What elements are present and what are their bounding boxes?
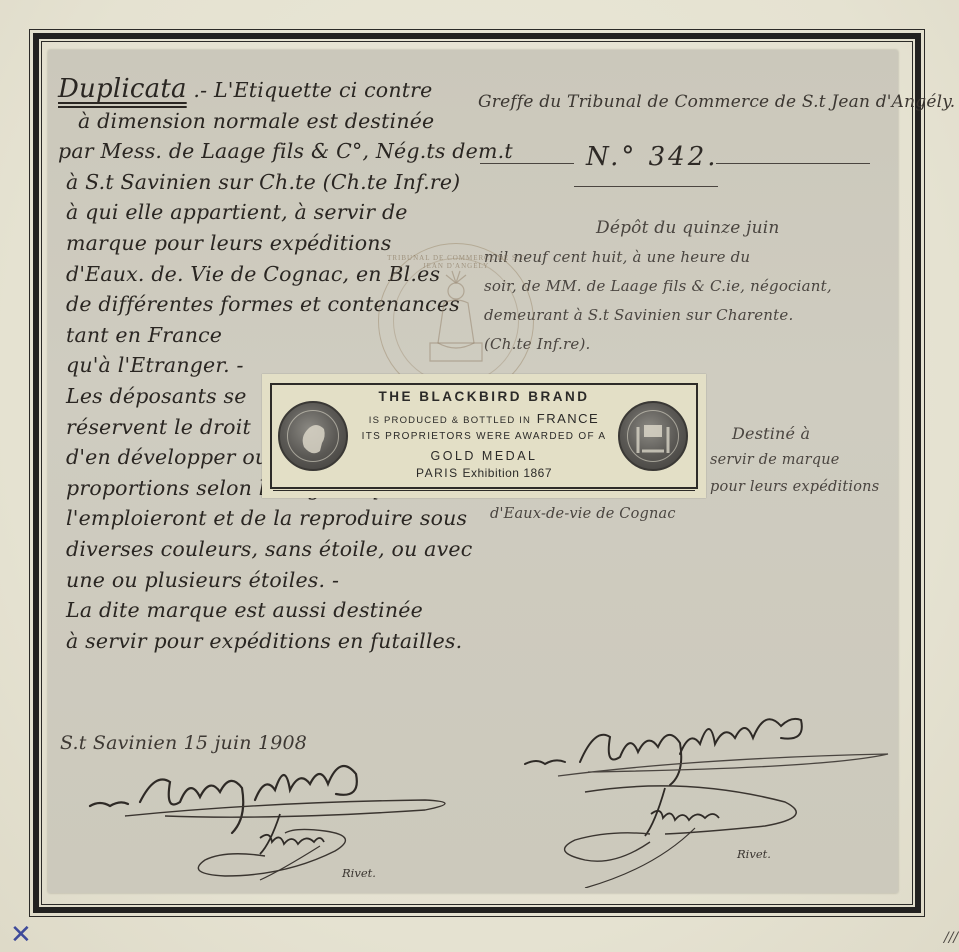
left-line-2: par Mess. de Laage fils & C°, Nég.ts dem… bbox=[58, 136, 513, 167]
left-rivet-caption: Rivet. bbox=[342, 866, 376, 880]
left-line-18: à servir pour expéditions en futailles. bbox=[58, 626, 513, 657]
label-exhibition-line: PARIS Exhibition 1867 bbox=[262, 466, 706, 480]
left-line-17: La dite marque est aussi destinée bbox=[58, 595, 513, 626]
number-rule-right bbox=[716, 163, 870, 164]
destination-line-0: Destiné à bbox=[710, 420, 879, 447]
left-line-14: l'emploieront et de la reproduire sous bbox=[58, 503, 513, 534]
destination-line-1: servir de marque bbox=[710, 447, 879, 474]
deposit-line-1: mil neuf cent huit, à une heure du bbox=[484, 243, 832, 272]
destination-line-2: pour leurs expéditions bbox=[710, 474, 879, 501]
destination-line-3: d'Eaux-de-vie de Cognac bbox=[490, 500, 676, 529]
right-signature-rivet bbox=[555, 778, 815, 888]
duplicata-heading: Duplicata bbox=[58, 74, 187, 104]
deposit-line-0: Dépôt du quinze juin bbox=[484, 214, 832, 243]
left-line-15: diverses couleurs, sans étoile, ou avec bbox=[58, 534, 513, 565]
deposit-line-3: demeurant à S.t Savinien sur Charente. bbox=[484, 301, 832, 330]
left-line-16: une ou plusieurs étoiles. - bbox=[58, 565, 513, 596]
label-proprietors-line: ITS PROPRIETORS WERE AWARDED OF A bbox=[262, 431, 706, 442]
left-line-1: à dimension normale est destinée bbox=[58, 106, 513, 137]
number-rule-left bbox=[480, 163, 574, 164]
label-produced-line: IS PRODUCED & BOTTLED IN FRANCE bbox=[262, 410, 706, 428]
destination-block: Destiné à servir de marque pour leurs ex… bbox=[710, 420, 879, 501]
right-rivet-caption: Rivet. bbox=[737, 847, 771, 861]
blackbird-brand-label: THE BLACKBIRD BRAND IS PRODUCED & BOTTLE… bbox=[262, 374, 706, 498]
left-line-0: Duplicata .- L'Etiquette ci contre bbox=[58, 74, 513, 106]
label-gold-medal: GOLD MEDAL bbox=[262, 449, 706, 463]
deposit-block: Dépôt du quinze juin mil neuf cent huit,… bbox=[484, 214, 832, 359]
left-line-3: à S.t Savinien sur Ch.te (Ch.te Inf.re) bbox=[58, 167, 513, 198]
registration-number: N.° 342. bbox=[586, 142, 719, 172]
left-line-4: à qui elle appartient, à servir de bbox=[58, 197, 513, 228]
registry-header: Greffe du Tribunal de Commerce de S.t Je… bbox=[478, 92, 955, 112]
deposit-line-2: soir, de MM. de Laage fils & C.ie, négoc… bbox=[484, 272, 832, 301]
label-brand-name: THE BLACKBIRD BRAND bbox=[262, 389, 706, 404]
deposit-line-4: (Ch.te Inf.re). bbox=[484, 330, 832, 359]
number-underline bbox=[574, 186, 718, 187]
pencil-mark-corner: /// bbox=[944, 930, 958, 946]
pencil-mark-x: ✕ bbox=[10, 920, 32, 950]
left-date-line: S.t Savinien 15 juin 1908 bbox=[60, 732, 307, 754]
